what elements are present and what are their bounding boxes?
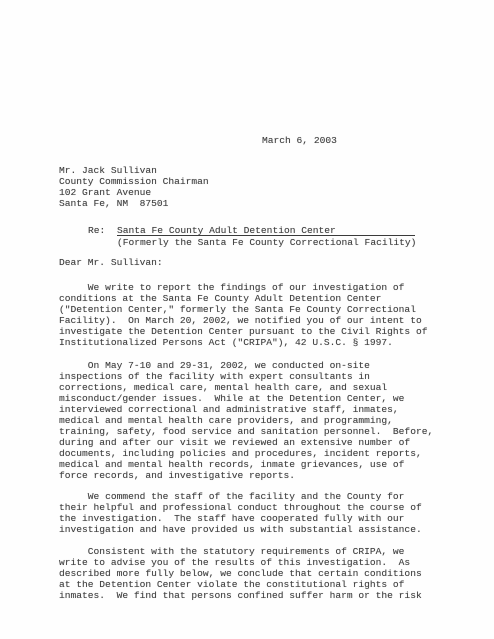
paragraph-investigation-findings: We write to report the findings of our i… [59, 282, 427, 348]
letter-date: March 6, 2003 [262, 135, 337, 146]
re-subtitle: (Formerly the Santa Fe County Correction… [117, 237, 416, 248]
paragraph-results-conclusion: Consistent with the statutory requiremen… [59, 546, 422, 601]
scanned-letter-page: March 6, 2003 Mr. Jack Sullivan County C… [0, 0, 494, 639]
salutation: Dear Mr. Sullivan: [59, 257, 163, 268]
re-subject-underlined: Santa Fe County Adult Detention Center [117, 225, 415, 236]
paragraph-commend-staff: We commend the staff of the facility and… [59, 491, 422, 535]
paragraph-site-inspections: On May 7-10 and 29-31, 2002, we conducte… [59, 360, 433, 481]
recipient-address-block: Mr. Jack Sullivan County Commission Chai… [59, 165, 209, 209]
re-label: Re: [88, 225, 105, 236]
